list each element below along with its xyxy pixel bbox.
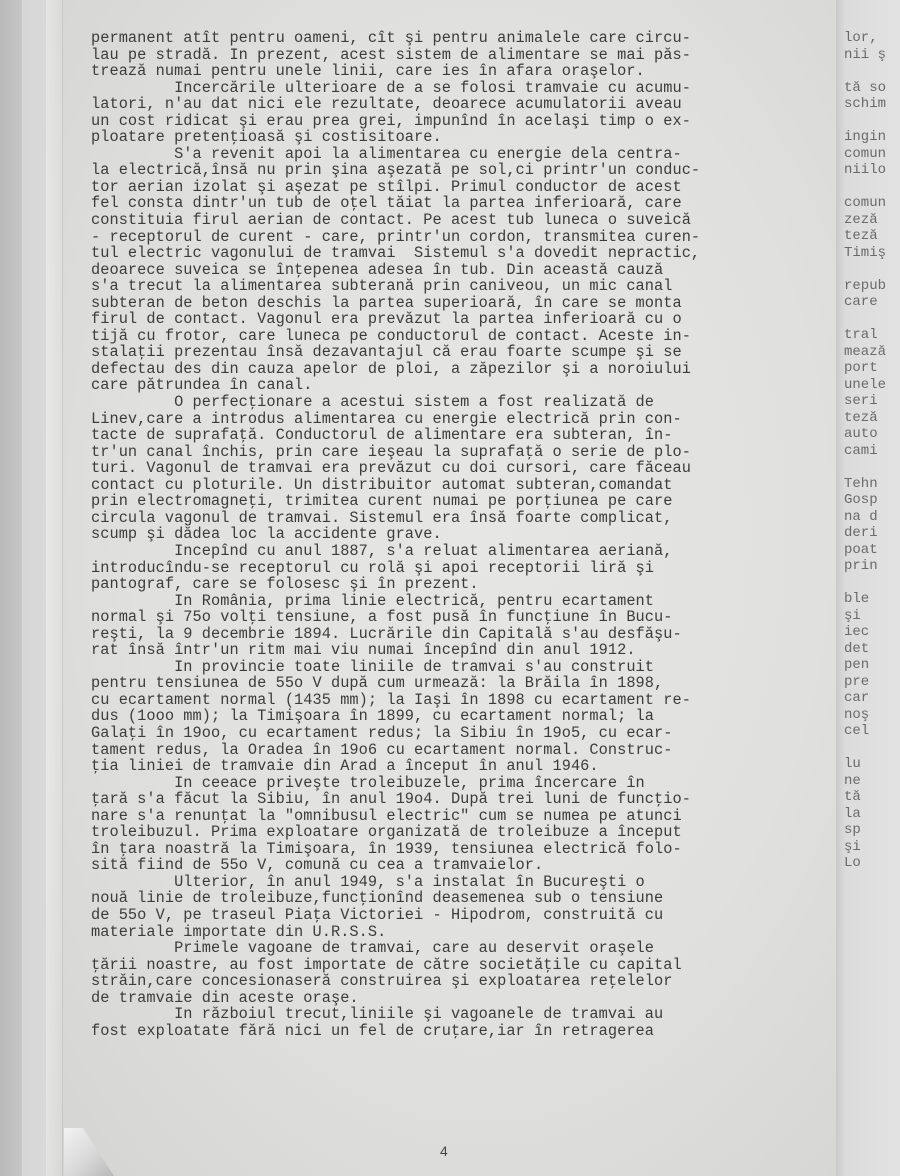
adjacent-text-fragment: Tehn — [844, 476, 886, 493]
adjacent-text-fragment: teză — [844, 410, 886, 427]
text-line: prin electromagneţi, trimitea curent num… — [91, 493, 831, 510]
text-line: care pătrundea în canal. — [91, 377, 831, 394]
text-line: Primele vagoane de tramvai, care au dese… — [91, 940, 831, 957]
text-line: trează numai pentru unele linii, care ie… — [91, 63, 831, 80]
adjacent-text-fragment: na d — [844, 509, 886, 526]
adjacent-text-fragment: iec — [844, 624, 886, 641]
text-line: fost exploatate fără nici un fel de cruţ… — [91, 1023, 831, 1040]
text-line: contact cu ploturile. Un distribuitor au… — [91, 477, 831, 494]
text-line: tul electric vagonului de tramvai Sistem… — [91, 245, 831, 262]
adjacent-text-fragment — [844, 63, 886, 80]
adjacent-text-fragment: ne — [844, 773, 886, 790]
text-line: S'a revenit apoi la alimentarea cu energ… — [91, 146, 831, 163]
adjacent-text-fragment: car — [844, 690, 886, 707]
text-line: s'a trecut la alimentarea subterană prin… — [91, 278, 831, 295]
adjacent-text-fragment: şi — [844, 839, 886, 856]
text-line: la electrică,însă nu prin şina aşezată p… — [91, 162, 831, 179]
text-line: un cost ridicat şi erau prea grei, impun… — [91, 113, 831, 130]
text-line: subteran de beton deschis la partea supe… — [91, 295, 831, 312]
adjacent-text-fragment — [844, 575, 886, 592]
adjacent-text-fragment — [844, 311, 886, 328]
typewritten-text: permanent atît pentru oameni, cît şi pen… — [91, 30, 831, 1039]
adjacent-text-fragment: port — [844, 360, 886, 377]
text-line: firul de contact. Vagonul era prevăzut l… — [91, 311, 831, 328]
text-line: fel consta dintr'un tub de oţel tăiat la… — [91, 195, 831, 212]
text-line: In ceeace priveşte troleibuzele, prima î… — [91, 775, 831, 792]
page-number: 4 — [440, 1143, 448, 1159]
text-line: Incercările ulterioare de a se folosi tr… — [91, 80, 831, 97]
adjacent-text-fragment: tral — [844, 327, 886, 344]
adjacent-text-fragment: cel — [844, 723, 886, 740]
text-line: permanent atît pentru oameni, cît şi pen… — [91, 30, 831, 47]
adjacent-text-fragment: sp — [844, 822, 886, 839]
adjacent-text-fragment: schim — [844, 96, 886, 113]
text-line: circula vagonul de tramvai. Sistemul era… — [91, 510, 831, 527]
text-line: introducîndu-se receptorul cu rolă şi ap… — [91, 560, 831, 577]
adjacent-text-fragment: lu — [844, 756, 886, 773]
adjacent-text-fragment: Gosp — [844, 492, 886, 509]
adjacent-text-fragment — [844, 179, 886, 196]
text-line: pantograf, care se folosesc şi în prezen… — [91, 576, 831, 593]
text-line: defectau des din cauza apelor de ploi, a… — [91, 361, 831, 378]
text-line: Incepînd cu anul 1887, s'a reluat alimen… — [91, 543, 831, 560]
adjacent-text-fragment: unele — [844, 377, 886, 394]
adjacent-text-fragment: zeză — [844, 212, 886, 229]
adjacent-text-fragment: repub — [844, 278, 886, 295]
adjacent-text-fragment: ble — [844, 591, 886, 608]
text-line: cu ecartament normal (1435 mm); la Iaşi … — [91, 692, 831, 709]
text-line: Galaţi în 19oo, cu ecartament redus; la … — [91, 725, 831, 742]
adjacent-text-fragment: şi — [844, 608, 886, 625]
text-line: ţară s'a făcut la Sibiu, în anul 19o4. D… — [91, 791, 831, 808]
adjacent-text-fragment — [844, 113, 886, 130]
adjacent-text-fragment: pre — [844, 674, 886, 691]
text-line: ţării noastre, au fost importate de cătr… — [91, 957, 831, 974]
text-line: troleibuzul. Prima exploatare organizată… — [91, 824, 831, 841]
adjacent-page-edge: lor, nii ştă soschimingincomunniilocomun… — [836, 0, 900, 1176]
adjacent-text-fragment: det — [844, 641, 886, 658]
adjacent-text-fragment: teză — [844, 228, 886, 245]
text-line: sită fiind de 55o V, comună cu cea a tra… — [91, 857, 831, 874]
text-line: In România, prima linie electrică, pentr… — [91, 593, 831, 610]
adjacent-text-fragment: niilo — [844, 162, 886, 179]
adjacent-text-fragment: mează — [844, 344, 886, 361]
adjacent-text-fragment — [844, 459, 886, 476]
adjacent-text-fragment: la — [844, 806, 886, 823]
adjacent-text-fragment: Lo — [844, 855, 886, 872]
adjacent-page-text: lor, nii ştă soschimingincomunniilocomun… — [844, 30, 886, 872]
adjacent-text-fragment: nii ş — [844, 47, 886, 64]
text-line: tijă cu frotor, care luneca pe conductor… — [91, 328, 831, 345]
adjacent-text-fragment: prin — [844, 558, 886, 575]
text-line: nare s'a renunţat la "omnibusul electric… — [91, 808, 831, 825]
text-line: tament redus, la Oradea în 19o6 cu ecart… — [91, 742, 831, 759]
adjacent-text-fragment: tă so — [844, 80, 886, 97]
adjacent-text-fragment: tă — [844, 789, 886, 806]
text-line: lau pe stradă. In prezent, acest sistem … — [91, 47, 831, 64]
adjacent-text-fragment — [844, 740, 886, 757]
adjacent-text-fragment: deri — [844, 525, 886, 542]
text-line: pentru tensiunea de 55o V după cum urmea… — [91, 675, 831, 692]
text-line: de 55o V, pe traseul Piaţa Victoriei - H… — [91, 907, 831, 924]
text-line: nouă linie de troleibuze,funcţionînd dea… — [91, 890, 831, 907]
adjacent-text-fragment: comun — [844, 146, 886, 163]
text-line: scump şi dădea loc la accidente grave. — [91, 526, 831, 543]
text-line: stalaţii prezentau însă dezavantajul că … — [91, 344, 831, 361]
text-line: tacte de suprafaţă. Conductorul de alime… — [91, 427, 831, 444]
text-line: dus (1ooo mm); la Timişoara în 1899, cu … — [91, 708, 831, 725]
adjacent-text-fragment: comun — [844, 195, 886, 212]
text-line: constituia firul aerian de contact. Pe a… — [91, 212, 831, 229]
adjacent-text-fragment: noş — [844, 707, 886, 724]
adjacent-text-fragment: cami — [844, 443, 886, 460]
adjacent-text-fragment — [844, 261, 886, 278]
text-line: străin,care concesionaseră construirea ş… — [91, 973, 831, 990]
text-line: tor aerian izolat şi aşezat pe stîlpi. P… — [91, 179, 831, 196]
text-line: Ulterior, în anul 1949, s'a instalat în … — [91, 874, 831, 891]
document-page: permanent atît pentru oameni, cît şi pen… — [46, 0, 836, 1176]
text-line: în ţara noastră la Timişoara, în 1939, t… — [91, 841, 831, 858]
text-line: normal şi 75o volţi tensiune, a fost pus… — [91, 609, 831, 626]
text-line: deoarece suveica se înţepenea adesea în … — [91, 262, 831, 279]
adjacent-text-fragment: care — [844, 294, 886, 311]
text-line: latori, n'au dat nici ele rezultate, deo… — [91, 96, 831, 113]
text-line: - receptorul de curent - care, printr'un… — [91, 229, 831, 246]
adjacent-text-fragment: poat — [844, 542, 886, 559]
text-line: de tramvaie din aceste oraşe. — [91, 990, 831, 1007]
text-line: In provincie toate liniile de tramvai s'… — [91, 659, 831, 676]
adjacent-text-fragment: pen — [844, 657, 886, 674]
adjacent-text-fragment: Timiş — [844, 245, 886, 262]
text-line: tr'un canal închis, prin care ieşeau la … — [91, 444, 831, 461]
adjacent-text-fragment: ingin — [844, 129, 886, 146]
text-line: Linev,care a introdus alimentarea cu ene… — [91, 411, 831, 428]
adjacent-text-fragment: auto — [844, 426, 886, 443]
text-line: rat însă într'un ritm mai viu numai înce… — [91, 642, 831, 659]
text-line: O perfecţionare a acestui sistem a fost … — [91, 394, 831, 411]
text-line: reşti, la 9 decembrie 1894. Lucrările di… — [91, 626, 831, 643]
adjacent-text-fragment: seri — [844, 393, 886, 410]
scanned-document: permanent atît pentru oameni, cît şi pen… — [0, 0, 900, 1176]
text-line: In războiul trecut,liniile şi vagoanele … — [91, 1006, 831, 1023]
tape-strip — [46, 0, 63, 1176]
adjacent-text-fragment: lor, — [844, 30, 886, 47]
text-line: turi. Vagonul de tramvai era prevăzut cu… — [91, 460, 831, 477]
text-line: ţia liniei de tramvaie din Arad a începu… — [91, 758, 831, 775]
text-line: ploatare pretenţioasă şi costisitoare. — [91, 129, 831, 146]
text-line: materiale importate din U.R.S.S. — [91, 924, 831, 941]
